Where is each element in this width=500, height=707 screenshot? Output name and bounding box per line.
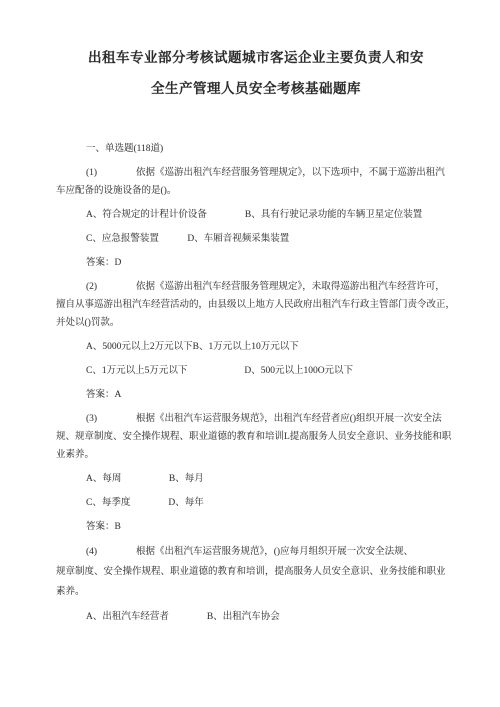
- answer-row: 答案：B: [56, 518, 456, 536]
- question-item-3: (3)根据《出租汽车运营服务规范》，出租汽车经营者应()组织开展一次安全法 规、…: [56, 410, 456, 536]
- question-text: (2)依据《巡游出租汽车经营服务管理规定》，未取得巡游出租汽车经营许可， 擅自从…: [56, 278, 456, 332]
- option-row: C、应急报警装置 D、车厢音视频采集装置: [56, 230, 456, 248]
- question-number: (1): [86, 164, 136, 182]
- option-row: C、每季度 D、每年: [56, 494, 456, 512]
- section-heading: 一、单选题(118道): [56, 140, 456, 158]
- option-row: C、1万元以上5万元以下 D、500元以上100O元以下: [56, 362, 456, 380]
- question-item-2: (2)依据《巡游出租汽车经营服务管理规定》，未取得巡游出租汽车经营许可， 擅自从…: [56, 278, 456, 404]
- question-number: (4): [86, 542, 136, 562]
- question-item-4: (4)根据《出租汽车运营服务规范》，()应每月组织开展一次安全法规、 规章制度、…: [56, 542, 456, 626]
- option-row: A、符合规定的计程计价设备 B、具有行驶记录功能的车辆卫星定位装置: [56, 206, 456, 224]
- option-row: A、每周 B、每月: [56, 470, 456, 488]
- title-line-1: 出租车专业部分考核试题城市客运企业主要负责人和安: [56, 42, 456, 73]
- document-title: 出租车专业部分考核试题城市客运企业主要负责人和安 全生产管理人员安全考核基础题库: [56, 42, 456, 104]
- question-number: (2): [86, 278, 136, 296]
- question-number: (3): [86, 410, 136, 428]
- answer-row: 答案：A: [56, 386, 456, 404]
- answer-row: 答案：D: [56, 254, 456, 272]
- question-text: (1)依据《巡游出租汽车经营服务管理规定》，以下选项中，不属于巡游出租汽 车应配…: [56, 164, 456, 200]
- title-line-2: 全生产管理人员安全考核基础题库: [56, 73, 456, 104]
- question-text: (4)根据《出租汽车运营服务规范》，()应每月组织开展一次安全法规、 规章制度、…: [56, 542, 456, 602]
- question-item-1: (1)依据《巡游出租汽车经营服务管理规定》，以下选项中，不属于巡游出租汽 车应配…: [56, 164, 456, 272]
- option-row: A、5000元以上2万元以下B、1万元以上10万元以下: [56, 338, 456, 356]
- question-text: (3)根据《出租汽车运营服务规范》，出租汽车经营者应()组织开展一次安全法 规、…: [56, 410, 456, 464]
- document-page: 出租车专业部分考核试题城市客运企业主要负责人和安 全生产管理人员安全考核基础题库…: [0, 0, 500, 707]
- option-row: A、出租汽车经营者 B、出租汽车协会: [56, 608, 456, 626]
